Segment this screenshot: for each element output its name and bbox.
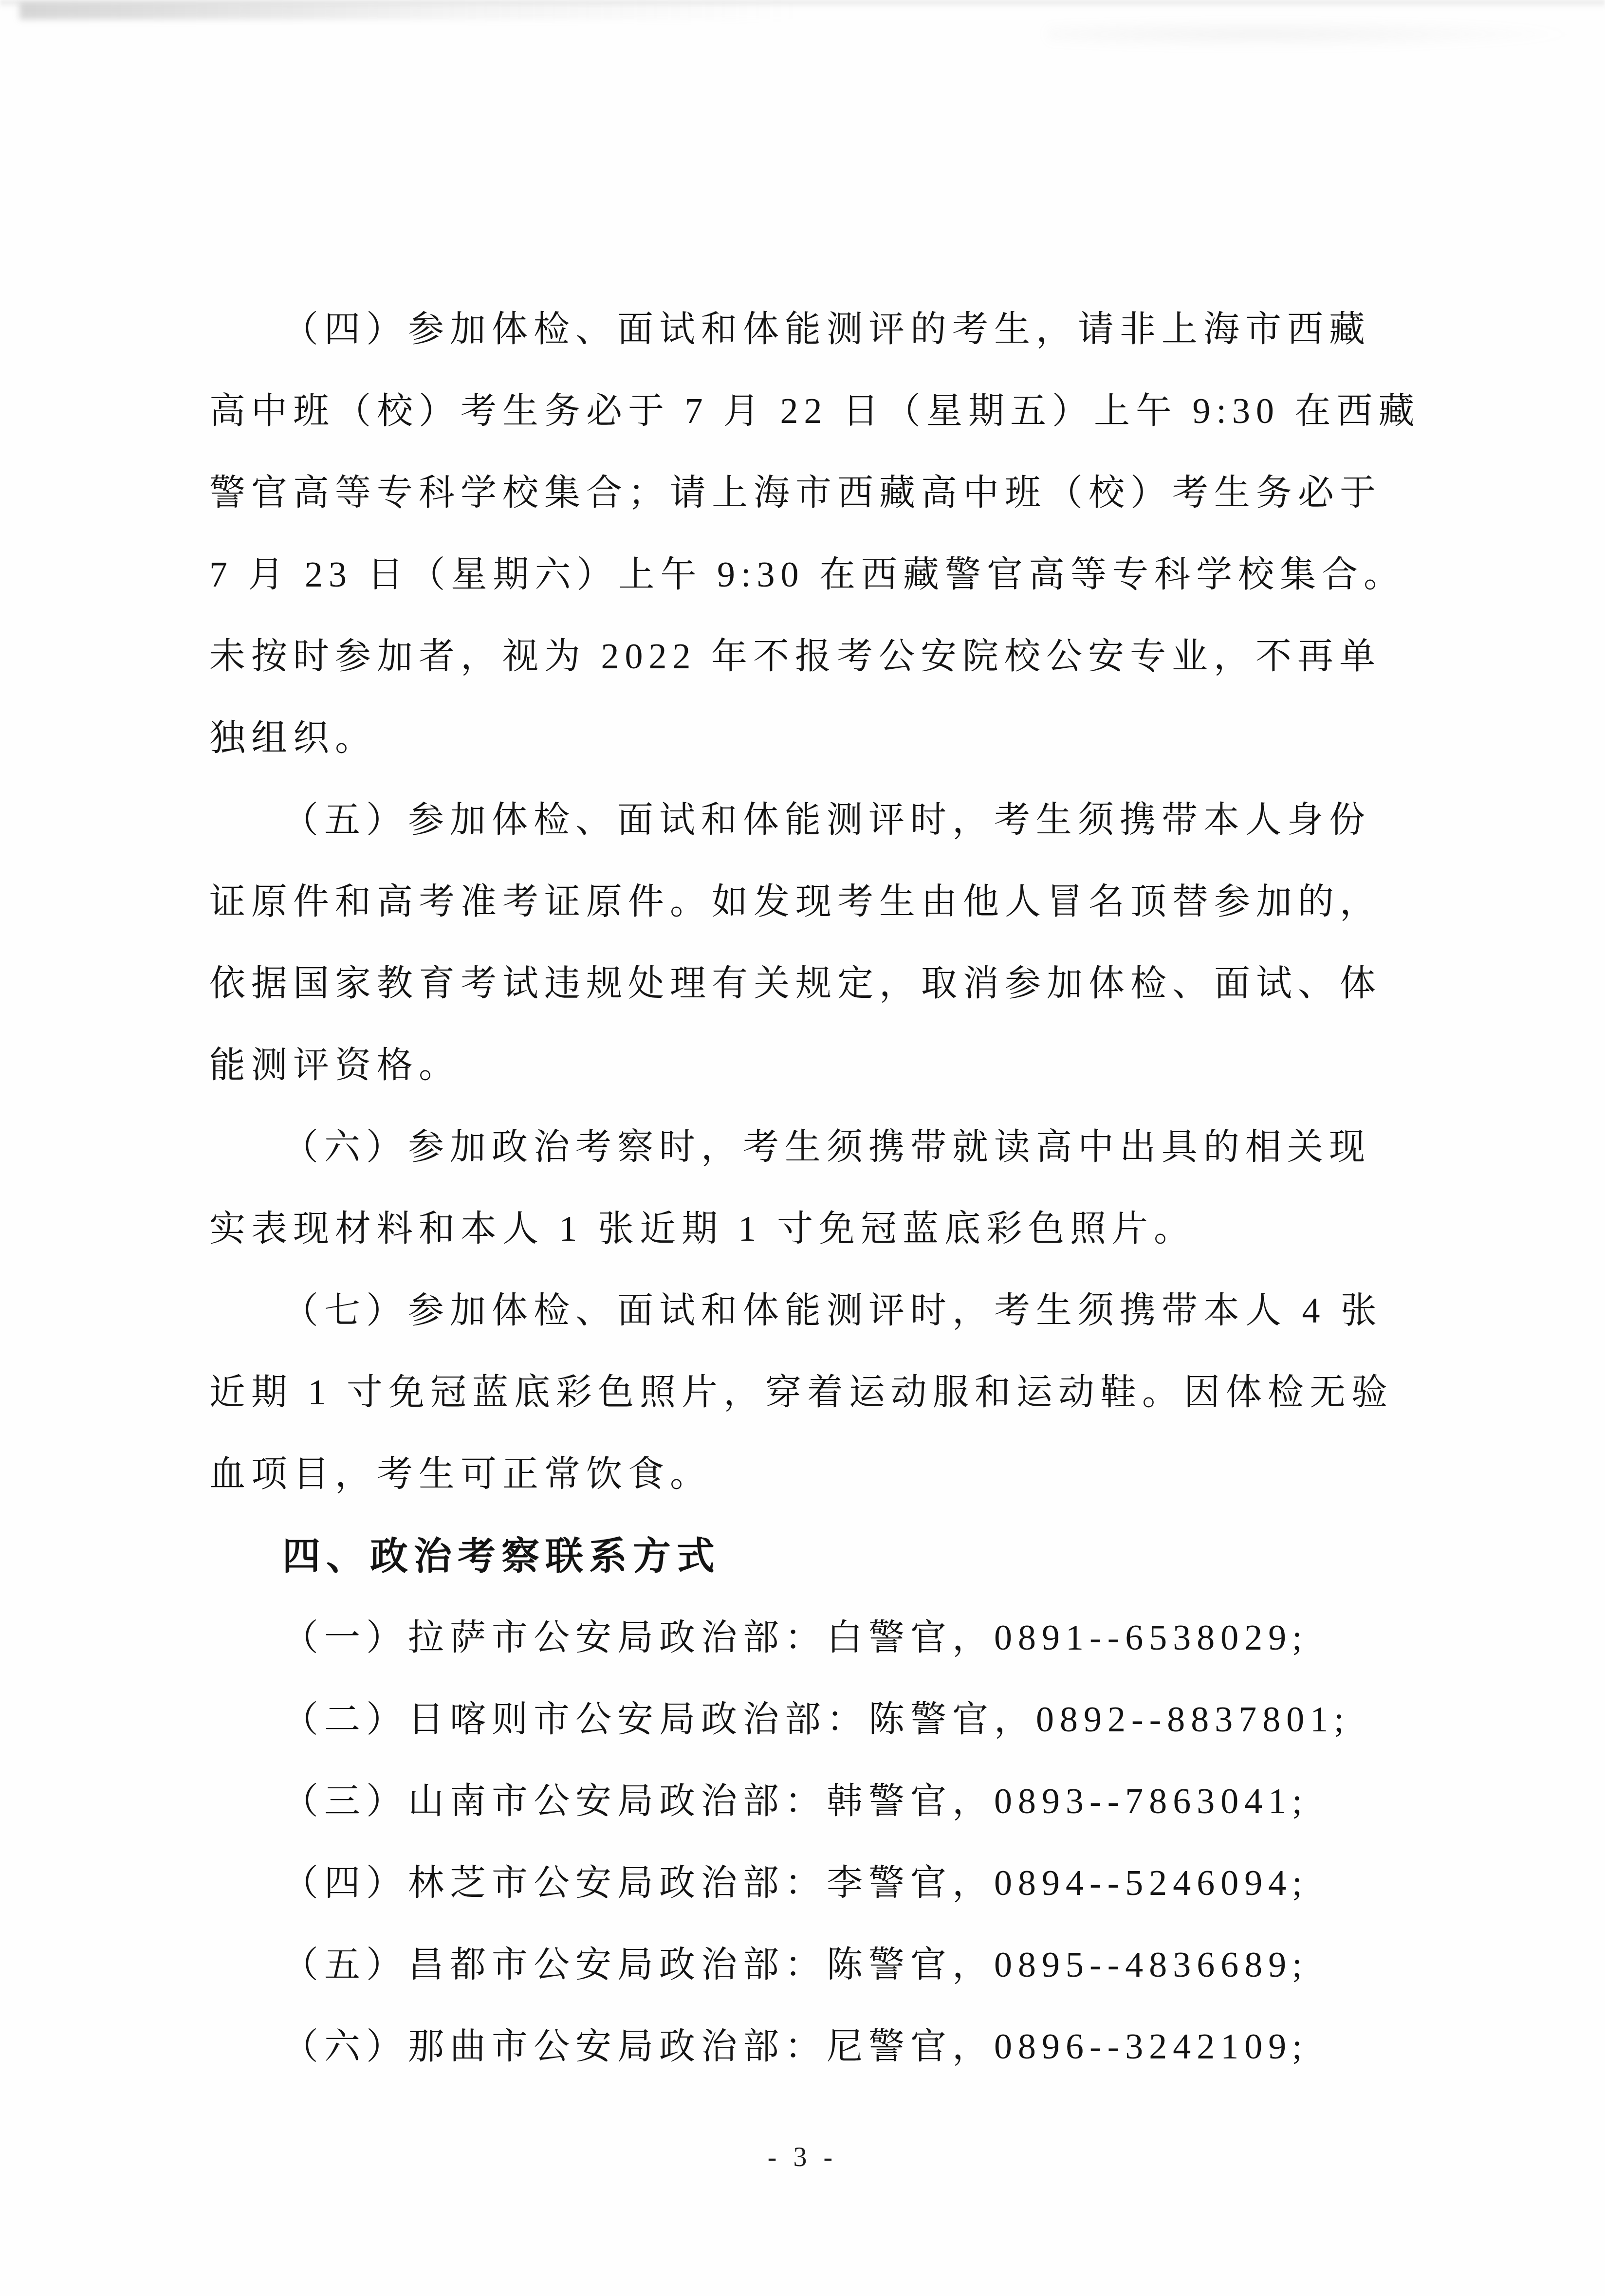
text-line: 近期 1 寸免冠蓝底彩色照片，穿着运动服和运动鞋。因体检无验 bbox=[209, 1352, 1407, 1433]
contact-line: （二）日喀则市公安局政治部：陈警官，0892--8837801; bbox=[209, 1679, 1407, 1761]
text-line: 能测评资格。 bbox=[209, 1025, 1407, 1106]
contact-list: （一）拉萨市公安局政治部：白警官，0891--6538029; （二）日喀则市公… bbox=[209, 1597, 1407, 2088]
paragraph-five: （五）参加体检、面试和体能测评时，考生须携带本人身份 证原件和高考准考证原件。如… bbox=[209, 779, 1407, 1106]
text-line: （七）参加体检、面试和体能测评时，考生须携带本人 4 张 bbox=[209, 1270, 1407, 1352]
contact-line: （三）山南市公安局政治部：韩警官，0893--7863041; bbox=[209, 1761, 1407, 1842]
text-line: 高中班（校）考生务必于 7 月 22 日（星期五）上午 9:30 在西藏 bbox=[209, 370, 1407, 452]
section-header: 四、政治考察联系方式 bbox=[209, 1515, 1407, 1597]
paragraph-four: （四）参加体检、面试和体能测评的考生，请非上海市西藏 高中班（校）考生务必于 7… bbox=[209, 289, 1407, 779]
text-line: 7 月 23 日（星期六）上午 9:30 在西藏警官高等专科学校集合。 bbox=[209, 534, 1407, 616]
contact-line: （六）那曲市公安局政治部：尼警官，0896--3242109; bbox=[209, 2006, 1407, 2088]
contact-line: （五）昌都市公安局政治部：陈警官，0895--4836689; bbox=[209, 1924, 1407, 2006]
text-line: 证原件和高考准考证原件。如发现考生由他人冒名顶替参加的， bbox=[209, 861, 1407, 943]
text-line: 未按时参加者，视为 2022 年不报考公安院校公安专业，不再单 bbox=[209, 616, 1407, 698]
text-line: （六）参加政治考察时，考生须携带就读高中出具的相关现 bbox=[209, 1106, 1407, 1188]
contact-line: （一）拉萨市公安局政治部：白警官，0891--6538029; bbox=[209, 1597, 1407, 1679]
text-line: （五）参加体检、面试和体能测评时，考生须携带本人身份 bbox=[209, 779, 1407, 861]
document-body: （四）参加体检、面试和体能测评的考生，请非上海市西藏 高中班（校）考生务必于 7… bbox=[209, 289, 1407, 2088]
document-page: （四）参加体检、面试和体能测评的考生，请非上海市西藏 高中班（校）考生务必于 7… bbox=[0, 0, 1605, 2296]
text-line: （四）参加体检、面试和体能测评的考生，请非上海市西藏 bbox=[209, 289, 1407, 370]
page-number: - 3 - bbox=[0, 2138, 1605, 2177]
text-line: 血项目，考生可正常饮食。 bbox=[209, 1433, 1407, 1515]
text-line: 实表现材料和本人 1 张近期 1 寸免冠蓝底彩色照片。 bbox=[209, 1188, 1407, 1270]
paragraph-seven: （七）参加体检、面试和体能测评时，考生须携带本人 4 张 近期 1 寸免冠蓝底彩… bbox=[209, 1270, 1407, 1515]
scan-artifact bbox=[0, 0, 1605, 9]
scan-artifact bbox=[1047, 19, 1582, 49]
text-line: 独组织。 bbox=[209, 698, 1407, 779]
contact-line: （四）林芝市公安局政治部：李警官，0894--5246094; bbox=[209, 1842, 1407, 1924]
text-line: 依据国家教育考试违规处理有关规定，取消参加体检、面试、体 bbox=[209, 943, 1407, 1025]
text-line: 警官高等专科学校集合；请上海市西藏高中班（校）考生务必于 bbox=[209, 452, 1407, 534]
paragraph-six: （六）参加政治考察时，考生须携带就读高中出具的相关现 实表现材料和本人 1 张近… bbox=[209, 1106, 1407, 1270]
